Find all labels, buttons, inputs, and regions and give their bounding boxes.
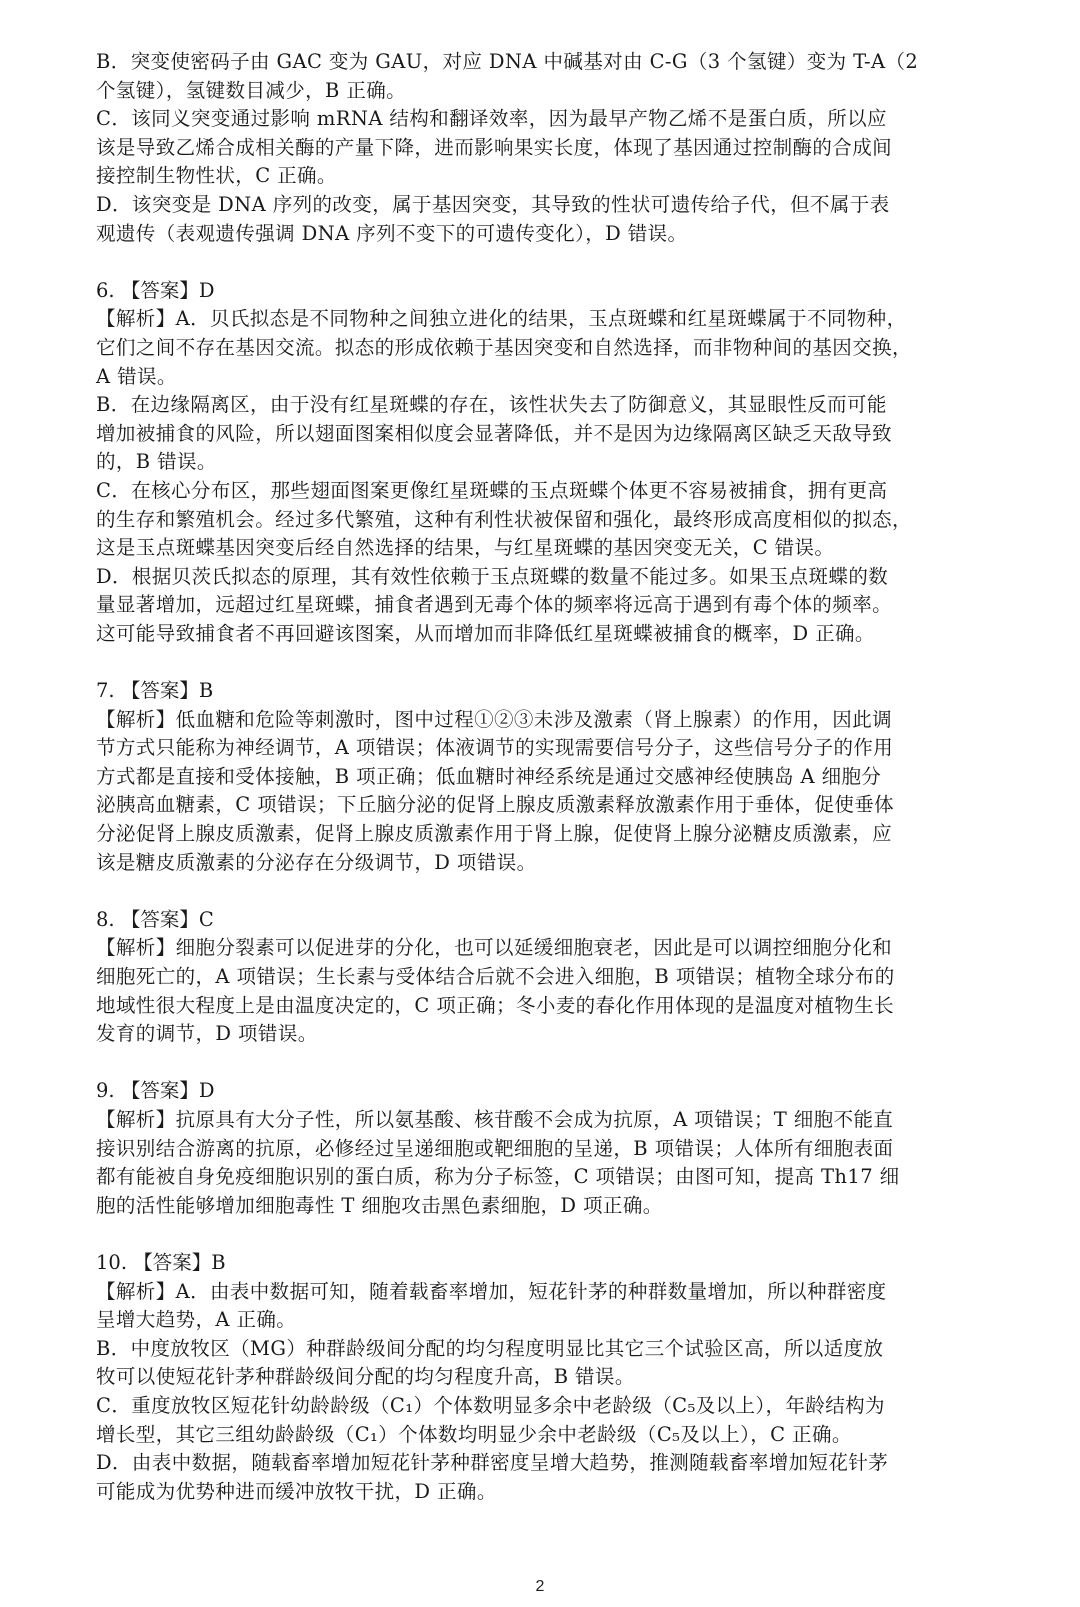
text-line: 个氢键），氢键数目减少，B 正确。 xyxy=(96,77,996,106)
question-number: 8. xyxy=(96,908,115,931)
text-line: B．中度放牧区（MG）种群龄级间分配的均匀程度明显比其它三个试验区高，所以适度放 xyxy=(96,1335,996,1364)
text-line: 观遗传（表观遗传强调 DNA 序列不变下的可遗传变化），D 错误。 xyxy=(96,220,996,249)
answer-heading: 6. 【答案】D xyxy=(96,277,996,306)
text-line: 发育的调节，D 项错误。 xyxy=(96,1020,996,1049)
paragraph-gap xyxy=(96,877,996,906)
answer-label: 【答案】 xyxy=(121,679,199,702)
page-number: 2 xyxy=(0,1578,1080,1596)
answer-value: B xyxy=(211,1251,225,1274)
question-9: 9. 【答案】D 【解析】抗原具有大分子性，所以氨基酸、核苷酸不会成为抗原，A … xyxy=(96,1077,996,1220)
text-line: A 错误。 xyxy=(96,363,996,392)
text-line: C．在核心分布区，那些翅面图案更像红星斑蝶的玉点斑蝶个体更不容易被捕食，拥有更高 xyxy=(96,477,996,506)
text-line: 这可能导致捕食者不再回避该图案，从而增加而非降低红星斑蝶被捕食的概率，D 正确。 xyxy=(96,620,996,649)
text-line: D．根据贝茨氏拟态的原理，其有效性依赖于玉点斑蝶的数量不能过多。如果玉点斑蝶的数 xyxy=(96,563,996,592)
text-line: 节方式只能称为神经调节，A 项错误；体液调节的实现需要信号分子，这些信号分子的作… xyxy=(96,734,996,763)
answer-label: 【答案】 xyxy=(121,908,199,931)
answer-value: C xyxy=(199,908,214,931)
text-line: 该是导致乙烯合成相关酶的产量下降，进而影响果实长度，体现了基因通过控制酶的合成间 xyxy=(96,134,996,163)
text-line: B．在边缘隔离区，由于没有红星斑蝶的存在，该性状失去了防御意义，其显眼性反而可能 xyxy=(96,391,996,420)
text-line: 牧可以使短花针茅种群龄级间分配的均匀程度升高，B 错误。 xyxy=(96,1363,996,1392)
text-line: B．突变使密码子由 GAC 变为 GAU，对应 DNA 中碱基对由 C-G（3 … xyxy=(96,48,996,77)
text-line: 胞的活性能够增加细胞毒性 T 细胞攻击黑色素细胞，D 项正确。 xyxy=(96,1192,996,1221)
question-8: 8. 【答案】C 【解析】细胞分裂素可以促进芽的分化，也可以延缓细胞衰老，因此是… xyxy=(96,906,996,1049)
text-line: 量显著增加，远超过红星斑蝶，捕食者遇到无毒个体的频率将远高于遇到有毒个体的频率。 xyxy=(96,591,996,620)
question-number: 7. xyxy=(96,679,115,702)
answer-heading: 8. 【答案】C xyxy=(96,906,996,935)
answer-heading: 9. 【答案】D xyxy=(96,1077,996,1106)
text-line: 【解析】A．由表中数据可知，随着载畜率增加，短花针茅的种群数量增加，所以种群密度 xyxy=(96,1278,996,1307)
document-page: B．突变使密码子由 GAC 变为 GAU，对应 DNA 中碱基对由 C-G（3 … xyxy=(96,48,996,1506)
text-line: 【解析】A．贝氏拟态是不同物种之间独立进化的结果，玉点斑蝶和红星斑蝶属于不同物种… xyxy=(96,305,996,334)
text-line: 增长型，其它三组幼龄龄级（C₁）个体数均明显少余中老龄级（C₅及以上），C 正确… xyxy=(96,1421,996,1450)
text-line: 都有能被自身免疫细胞识别的蛋白质，称为分子标签，C 项错误；由图可知，提高 Th… xyxy=(96,1163,996,1192)
answer-heading: 10. 【答案】B xyxy=(96,1249,996,1278)
text-line: 方式都是直接和受体接触，B 项正确；低血糖时神经系统是通过交感神经使胰岛 A 细… xyxy=(96,763,996,792)
text-line: 泌胰高血糖素，C 项错误；下丘脑分泌的促肾上腺皮质激素释放激素作用于垂体，促使垂… xyxy=(96,791,996,820)
text-line: 【解析】低血糖和危险等刺激时，图中过程①②③未涉及激素（肾上腺素）的作用，因此调 xyxy=(96,706,996,735)
text-line: 的，B 错误。 xyxy=(96,448,996,477)
question-number: 6. xyxy=(96,279,115,302)
text-line: 细胞死亡的，A 项错误；生长素与受体结合后就不会进入细胞，B 项错误；植物全球分… xyxy=(96,963,996,992)
paragraph-gap xyxy=(96,1220,996,1249)
text-line: C．重度放牧区短花针幼龄龄级（C₁）个体数明显多余中老龄级（C₅及以上），年龄结… xyxy=(96,1392,996,1421)
text-line: C．该同义突变通过影响 mRNA 结构和翻译效率，因为最早产物乙烯不是蛋白质，所… xyxy=(96,105,996,134)
answer-heading: 7. 【答案】B xyxy=(96,677,996,706)
paragraph-gap xyxy=(96,1049,996,1078)
question-7: 7. 【答案】B 【解析】低血糖和危险等刺激时，图中过程①②③未涉及激素（肾上腺… xyxy=(96,677,996,877)
q5-continuation: B．突变使密码子由 GAC 变为 GAU，对应 DNA 中碱基对由 C-G（3 … xyxy=(96,48,996,248)
question-number: 9. xyxy=(96,1079,115,1102)
text-line: 可能成为优势种进而缓冲放牧干扰，D 正确。 xyxy=(96,1478,996,1507)
text-line: 这是玉点斑蝶基因突变后经自然选择的结果，与红星斑蝶的基因突变无关，C 错误。 xyxy=(96,534,996,563)
text-line: 的生存和繁殖机会。经过多代繁殖，这种有利性状被保留和强化，最终形成高度相似的拟态… xyxy=(96,506,996,535)
answer-label: 【答案】 xyxy=(133,1251,211,1274)
question-6: 6. 【答案】D 【解析】A．贝氏拟态是不同物种之间独立进化的结果，玉点斑蝶和红… xyxy=(96,277,996,649)
paragraph-gap xyxy=(96,248,996,277)
text-line: 该是糖皮质激素的分泌存在分级调节，D 项错误。 xyxy=(96,849,996,878)
answer-value: B xyxy=(199,679,213,702)
answer-label: 【答案】 xyxy=(121,1079,199,1102)
answer-value: D xyxy=(199,1079,215,1102)
text-line: 它们之间不存在基因交流。拟态的形成依赖于基因突变和自然选择，而非物种间的基因交换… xyxy=(96,334,996,363)
text-line: D．由表中数据，随载畜率增加短花针茅种群密度呈增大趋势，推测随载畜率增加短花针茅 xyxy=(96,1449,996,1478)
answer-label: 【答案】 xyxy=(121,279,199,302)
text-line: 增加被捕食的风险，所以翅面图案相似度会显著降低，并不是因为边缘隔离区缺乏天敌导致 xyxy=(96,420,996,449)
text-line: 地域性很大程度上是由温度决定的，C 项正确；冬小麦的春化作用体现的是温度对植物生… xyxy=(96,992,996,1021)
text-line: D．该突变是 DNA 序列的改变，属于基因突变，其导致的性状可遗传给子代，但不属… xyxy=(96,191,996,220)
text-line: 呈增大趋势，A 正确。 xyxy=(96,1306,996,1335)
paragraph-gap xyxy=(96,648,996,677)
text-line: 接识别结合游离的抗原，必修经过呈递细胞或靶细胞的呈递，B 项错误；人体所有细胞表… xyxy=(96,1135,996,1164)
answer-value: D xyxy=(199,279,215,302)
text-line: 【解析】抗原具有大分子性，所以氨基酸、核苷酸不会成为抗原，A 项错误；T 细胞不… xyxy=(96,1106,996,1135)
question-number: 10. xyxy=(96,1251,127,1274)
text-line: 分泌促肾上腺皮质激素，促肾上腺皮质激素作用于肾上腺，促使肾上腺分泌糖皮质激素，应 xyxy=(96,820,996,849)
text-line: 接控制生物性状，C 正确。 xyxy=(96,162,996,191)
question-10: 10. 【答案】B 【解析】A．由表中数据可知，随着载畜率增加，短花针茅的种群数… xyxy=(96,1249,996,1506)
text-line: 【解析】细胞分裂素可以促进芽的分化，也可以延缓细胞衰老，因此是可以调控细胞分化和 xyxy=(96,934,996,963)
